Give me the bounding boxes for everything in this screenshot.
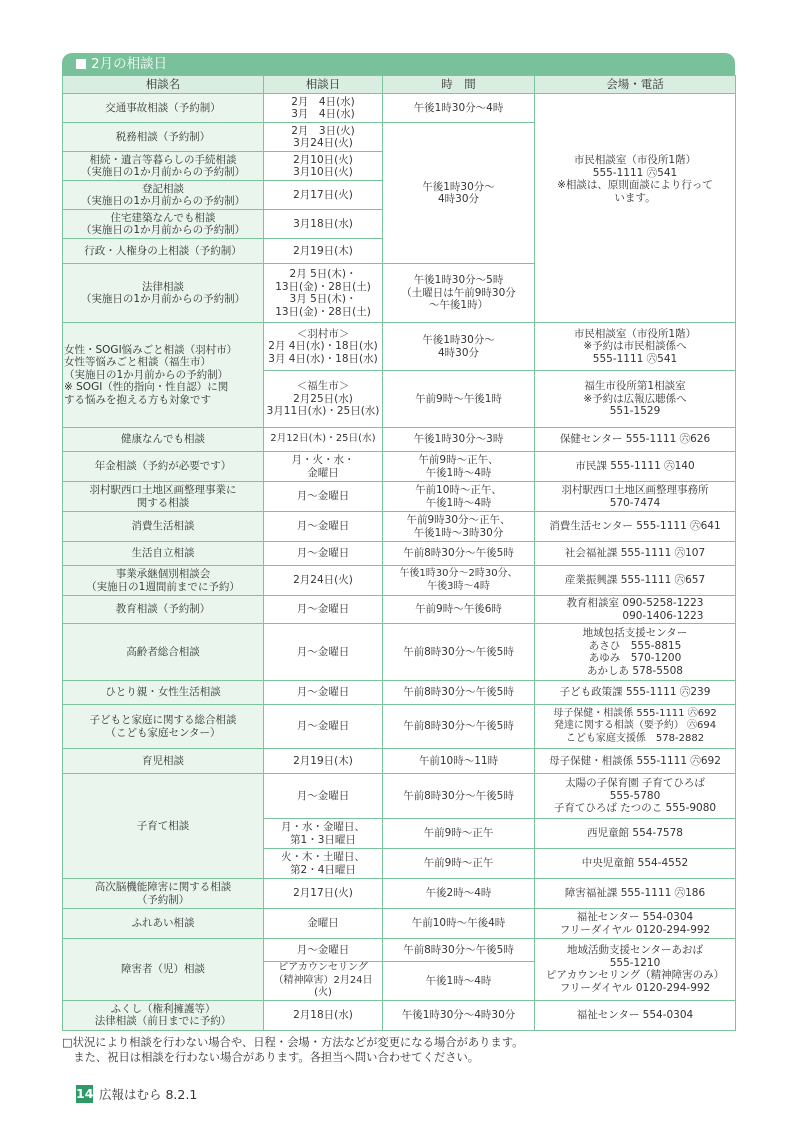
consultation-venue: 母子保健・相談係 555-1111 ㊅692 発達に関する相談（要予約） ㊅69… bbox=[535, 705, 736, 749]
table-row: 交通事故相談（予約制） 2月 4日(水) 3月 4日(水) 午後1時30分～4時… bbox=[63, 94, 736, 123]
table-row: 障害者（児）相談 月～金曜日 午前8時30分～午後5時 地域活動支援センターあお… bbox=[63, 939, 736, 962]
consultation-venue: 社会福祉課 555-1111 ㊅107 bbox=[535, 542, 736, 566]
consultation-venue: 地域活動支援センターあおば 555-1210 ピアカウンセリング（精神障害のみ）… bbox=[535, 939, 736, 1001]
consultation-name: 住宅建築なんでも相談 （実施日の1か月前からの予約制） bbox=[63, 210, 264, 239]
consultation-venue: 教育相談室 090-5258-1223 090-1406-1223 bbox=[535, 596, 736, 624]
consultation-name: 子育て相談 bbox=[63, 774, 264, 879]
consultation-time: 午後2時～4時 bbox=[383, 879, 535, 909]
page-number-badge: 14 bbox=[76, 1085, 93, 1103]
consultation-time: 午前8時30分～午後5時 bbox=[383, 681, 535, 705]
table-row: 健康なんでも相談 2月12日(木)・25日(水) 午後1時30分～3時 保健セン… bbox=[63, 428, 736, 452]
table-row: 羽村駅西口土地区画整理事業に 関する相談 月～金曜日 午前10時～正午、 午後1… bbox=[63, 482, 736, 512]
consultation-venue: 福祉センター 554-0304 bbox=[535, 1000, 736, 1030]
consultation-time: 午後1時30分～5時 （土曜日は午前9時30分 ～午後1時） bbox=[383, 264, 535, 323]
table-row: 子どもと家庭に関する総合相談 （こども家庭センター） 月～金曜日 午前8時30分… bbox=[63, 705, 736, 749]
consultation-date: 2月17日(火) bbox=[264, 181, 383, 210]
consultation-name: 羽村駅西口土地区画整理事業に 関する相談 bbox=[63, 482, 264, 512]
table-row: ひとり親・女性生活相談 月～金曜日 午前8時30分～午後5時 子ども政策課 55… bbox=[63, 681, 736, 705]
consultation-venue: 産業振興課 555-1111 ㊅657 bbox=[535, 566, 736, 596]
consultation-date: 2月 4日(水) 3月 4日(水) bbox=[264, 94, 383, 123]
column-header-venue: 会場・電話 bbox=[535, 76, 736, 94]
consultation-date: 3月18日(水) bbox=[264, 210, 383, 239]
table-row: 女性・SOGI悩みごと相談（羽村市） 女性等悩みごと相談（福生市） （実施日の1… bbox=[63, 323, 736, 371]
consultation-name: 行政・人権身の上相談（予約制） bbox=[63, 239, 264, 264]
consultation-time: 午後1時30分～ 4時30分 bbox=[383, 323, 535, 371]
table-row: 教育相談（予約制） 月～金曜日 午前9時～午後6時 教育相談室 090-5258… bbox=[63, 596, 736, 624]
consultation-venue: 障害福祉課 555-1111 ㊅186 bbox=[535, 879, 736, 909]
consultation-name: ふくし（権利擁護等） 法律相談（前日までに予約） bbox=[63, 1000, 264, 1030]
section-title-bar: 2月の相談日 bbox=[62, 53, 735, 75]
consultation-date: ピアカウンセリング （精神障害）2月24日(火) bbox=[264, 962, 383, 1001]
square-bullet-icon bbox=[76, 59, 86, 69]
section-title: 2月の相談日 bbox=[91, 56, 167, 72]
consultation-venue: 保健センター 555-1111 ㊅626 bbox=[535, 428, 736, 452]
consultation-time: 午後1時30分～ 4時30分 bbox=[383, 123, 535, 264]
consultation-name: ふれあい相談 bbox=[63, 909, 264, 939]
table-row: 高次脳機能障害に関する相談 （予約制） 2月17日(火) 午後2時～4時 障害福… bbox=[63, 879, 736, 909]
consultation-time: 午後1時30分～4時30分 bbox=[383, 1000, 535, 1030]
consultation-date: 2月12日(木)・25日(水) bbox=[264, 428, 383, 452]
consultation-date: ＜羽村市＞ 2月 4日(水)・18日(水) 3月 4日(水)・18日(水) bbox=[264, 323, 383, 371]
consultation-time: 午前8時30分～午後5時 bbox=[383, 542, 535, 566]
consultation-name: ひとり親・女性生活相談 bbox=[63, 681, 264, 705]
consultation-venue: 母子保健・相談係 555-1111 ㊅692 bbox=[535, 749, 736, 774]
consultation-table: 相談名 相談日 時 間 会場・電話 交通事故相談（予約制） 2月 4日(水) 3… bbox=[62, 75, 736, 1031]
column-header-row: 相談名 相談日 時 間 会場・電話 bbox=[63, 76, 736, 94]
consultation-date: 月～金曜日 bbox=[264, 939, 383, 962]
consultation-date: 2月19日(木) bbox=[264, 749, 383, 774]
consultation-time: 午後1時30分～2時30分、 午後3時～4時 bbox=[383, 566, 535, 596]
consultation-venue: 中央児童館 554-4552 bbox=[535, 849, 736, 879]
column-header-name: 相談名 bbox=[63, 76, 264, 94]
consultation-date: 2月 3日(火) 3月24日(火) bbox=[264, 123, 383, 152]
consultation-time: 午前9時30分～正午、 午後1時～3時30分 bbox=[383, 512, 535, 542]
table-row: 生活自立相談 月～金曜日 午前8時30分～午後5時 社会福祉課 555-1111… bbox=[63, 542, 736, 566]
consultation-date: 月～金曜日 bbox=[264, 596, 383, 624]
consultation-date: 2月19日(木) bbox=[264, 239, 383, 264]
consultation-date: 火・木・土曜日、 第2・4日曜日 bbox=[264, 849, 383, 879]
consultation-date: 2月18日(水) bbox=[264, 1000, 383, 1030]
consultation-date: 月～金曜日 bbox=[264, 705, 383, 749]
consultation-time: 午前8時30分～午後5時 bbox=[383, 774, 535, 819]
consultation-date: 月～金曜日 bbox=[264, 624, 383, 681]
consultation-venue: 地域包括支援センター あさひ 555-8815 あゆみ 570-1200 あかし… bbox=[535, 624, 736, 681]
consultation-venue: 西児童館 554-7578 bbox=[535, 819, 736, 849]
consultation-time: 午前8時30分～午後5時 bbox=[383, 624, 535, 681]
consultation-time: 午前10時～午後4時 bbox=[383, 909, 535, 939]
consultation-name: 女性・SOGI悩みごと相談（羽村市） 女性等悩みごと相談（福生市） （実施日の1… bbox=[63, 323, 264, 428]
column-header-date: 相談日 bbox=[264, 76, 383, 94]
consultation-time: 午前9時～午後6時 bbox=[383, 596, 535, 624]
consultation-date: ＜福生市＞ 2月25日(水) 3月11日(水)・25日(水) bbox=[264, 371, 383, 428]
consultation-venue: 市民相談室（市役所1階） 555-1111 ㊅541 ※相談は、原則面談により行… bbox=[535, 94, 736, 323]
consultation-name: 子どもと家庭に関する総合相談 （こども家庭センター） bbox=[63, 705, 264, 749]
table-row: 育児相談 2月19日(木) 午前10時～11時 母子保健・相談係 555-111… bbox=[63, 749, 736, 774]
consultation-venue: 消費生活センター 555-1111 ㊅641 bbox=[535, 512, 736, 542]
consultation-name: 年金相談（予約が必要です） bbox=[63, 452, 264, 482]
consultation-venue: 市民相談室（市役所1階） ※予約は市民相談係へ 555-1111 ㊅541 bbox=[535, 323, 736, 371]
consultation-date: 月・火・水・ 金曜日 bbox=[264, 452, 383, 482]
consultation-time: 午前8時30分～午後5時 bbox=[383, 939, 535, 962]
column-header-time: 時 間 bbox=[383, 76, 535, 94]
consultation-name: 生活自立相談 bbox=[63, 542, 264, 566]
consultation-name: 法律相談 （実施日の1か月前からの予約制） bbox=[63, 264, 264, 323]
consultation-venue: 子ども政策課 555-1111 ㊅239 bbox=[535, 681, 736, 705]
consultation-name: 障害者（児）相談 bbox=[63, 939, 264, 1001]
table-row: ふくし（権利擁護等） 法律相談（前日までに予約） 2月18日(水) 午後1時30… bbox=[63, 1000, 736, 1030]
consultation-time: 午前9時～正午 bbox=[383, 849, 535, 879]
page-footer: 14 広報はむら 8.2.1 bbox=[76, 1085, 197, 1103]
consultation-name: 健康なんでも相談 bbox=[63, 428, 264, 452]
consultation-name: 育児相談 bbox=[63, 749, 264, 774]
table-row: 年金相談（予約が必要です） 月・火・水・ 金曜日 午前9時～正午、 午後1時～4… bbox=[63, 452, 736, 482]
consultation-name: 税務相談（予約制） bbox=[63, 123, 264, 152]
consultation-date: 月～金曜日 bbox=[264, 681, 383, 705]
table-row: 高齢者総合相談 月～金曜日 午前8時30分～午後5時 地域包括支援センター あさ… bbox=[63, 624, 736, 681]
consultation-time: 午前9時～午後1時 bbox=[383, 371, 535, 428]
consultation-name: 登記相談 （実施日の1か月前からの予約制） bbox=[63, 181, 264, 210]
consultation-time: 午前10時～正午、 午後1時～4時 bbox=[383, 482, 535, 512]
consultation-date: 2月17日(火) bbox=[264, 879, 383, 909]
consultation-time: 午後1時30分～3時 bbox=[383, 428, 535, 452]
consultation-name: 事業承継個別相談会 （実施日の1週間前までに予約） bbox=[63, 566, 264, 596]
publication-label: 広報はむら 8.2.1 bbox=[99, 1085, 197, 1103]
consultation-date: 月～金曜日 bbox=[264, 542, 383, 566]
consultation-time: 午前9時～正午 bbox=[383, 819, 535, 849]
consultation-venue: 福祉センター 554-0304 フリーダイヤル 0120-294-992 bbox=[535, 909, 736, 939]
consultation-time: 午後1時30分～4時 bbox=[383, 94, 535, 123]
consultation-time: 午前8時30分～午後5時 bbox=[383, 705, 535, 749]
consultation-name: 教育相談（予約制） bbox=[63, 596, 264, 624]
consultation-time: 午前10時～11時 bbox=[383, 749, 535, 774]
consultation-venue: 太陽の子保育園 子育てひろば 555-5780 子育てひろば たつのこ 555-… bbox=[535, 774, 736, 819]
table-row: ふれあい相談 金曜日 午前10時～午後4時 福祉センター 554-0304 フリ… bbox=[63, 909, 736, 939]
consultation-date: 金曜日 bbox=[264, 909, 383, 939]
consultation-date: 2月10日(火) 3月10日(火) bbox=[264, 152, 383, 181]
notes-text: □状況により相談を行わない場合や、日程・会場・方法などが変更になる場合があります… bbox=[62, 1035, 523, 1065]
consultation-venue: 市民課 555-1111 ㊅140 bbox=[535, 452, 736, 482]
consultation-date: 2月 5日(木)・ 13日(金)・28日(土) 3月 5日(木)・ 13日(金)… bbox=[264, 264, 383, 323]
consultation-name: 相続・遺言等暮らしの手続相談 （実施日の1か月前からの予約制） bbox=[63, 152, 264, 181]
consultation-venue: 福生市役所第1相談室 ※予約は広報広聴係へ 551-1529 bbox=[535, 371, 736, 428]
consultation-schedule-panel: 2月の相談日 相談名 相談日 時 間 会場・電話 交通事故相談（予約制） 2月 … bbox=[62, 53, 735, 1031]
table-row: 事業承継個別相談会 （実施日の1週間前までに予約） 2月24日(火) 午後1時3… bbox=[63, 566, 736, 596]
table-row: 子育て相談 月～金曜日 午前8時30分～午後5時 太陽の子保育園 子育てひろば … bbox=[63, 774, 736, 819]
table-row: 消費生活相談 月～金曜日 午前9時30分～正午、 午後1時～3時30分 消費生活… bbox=[63, 512, 736, 542]
consultation-time: 午後1時～4時 bbox=[383, 962, 535, 1001]
consultation-date: 月～金曜日 bbox=[264, 482, 383, 512]
consultation-date: 2月24日(火) bbox=[264, 566, 383, 596]
consultation-venue: 羽村駅西口土地区画整理事務所 570-7474 bbox=[535, 482, 736, 512]
consultation-name: 高齢者総合相談 bbox=[63, 624, 264, 681]
consultation-date: 月～金曜日 bbox=[264, 512, 383, 542]
consultation-date: 月～金曜日 bbox=[264, 774, 383, 819]
consultation-time: 午前9時～正午、 午後1時～4時 bbox=[383, 452, 535, 482]
consultation-date: 月・水・金曜日、 第1・3日曜日 bbox=[264, 819, 383, 849]
consultation-name: 交通事故相談（予約制） bbox=[63, 94, 264, 123]
consultation-name: 消費生活相談 bbox=[63, 512, 264, 542]
consultation-name: 高次脳機能障害に関する相談 （予約制） bbox=[63, 879, 264, 909]
